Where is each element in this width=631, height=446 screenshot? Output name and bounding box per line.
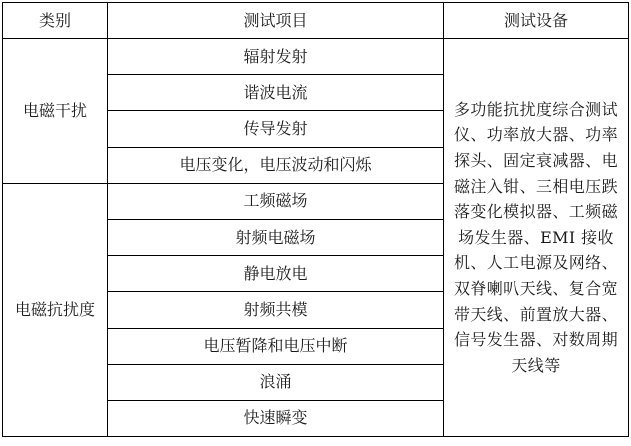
test-item-cell: 浪涌 — [108, 364, 444, 400]
test-item-cell: 电压变化，电压波动和闪烁 — [108, 147, 444, 183]
test-item-cell: 射频电磁场 — [108, 219, 444, 255]
test-item-cell: 传导发射 — [108, 111, 444, 147]
test-item-cell: 电压暂降和电压中断 — [108, 328, 444, 364]
test-item-cell: 谐波电流 — [108, 75, 444, 111]
header-test-item: 测试项目 — [108, 3, 444, 39]
emc-test-table: 类别 测试项目 测试设备 电磁干扰 辐射发射 多功能抗扰度综合测试仪、功率放大器… — [2, 2, 629, 437]
header-test-equipment: 测试设备 — [444, 3, 629, 39]
test-item-cell: 静电放电 — [108, 256, 444, 292]
equipment-cell: 多功能抗扰度综合测试仪、功率放大器、功率探头、固定衰减器、电磁注入钳、三相电压跌… — [444, 39, 629, 437]
header-category: 类别 — [3, 3, 108, 39]
test-item-cell: 快速瞬变 — [108, 400, 444, 436]
header-row: 类别 测试项目 测试设备 — [3, 3, 629, 39]
category-cell: 电磁抗扰度 — [3, 183, 108, 436]
test-item-cell: 辐射发射 — [108, 39, 444, 75]
test-item-cell: 射频共模 — [108, 292, 444, 328]
test-item-cell: 工频磁场 — [108, 183, 444, 219]
table-row: 电磁干扰 辐射发射 多功能抗扰度综合测试仪、功率放大器、功率探头、固定衰减器、电… — [3, 39, 629, 75]
category-cell: 电磁干扰 — [3, 39, 108, 184]
